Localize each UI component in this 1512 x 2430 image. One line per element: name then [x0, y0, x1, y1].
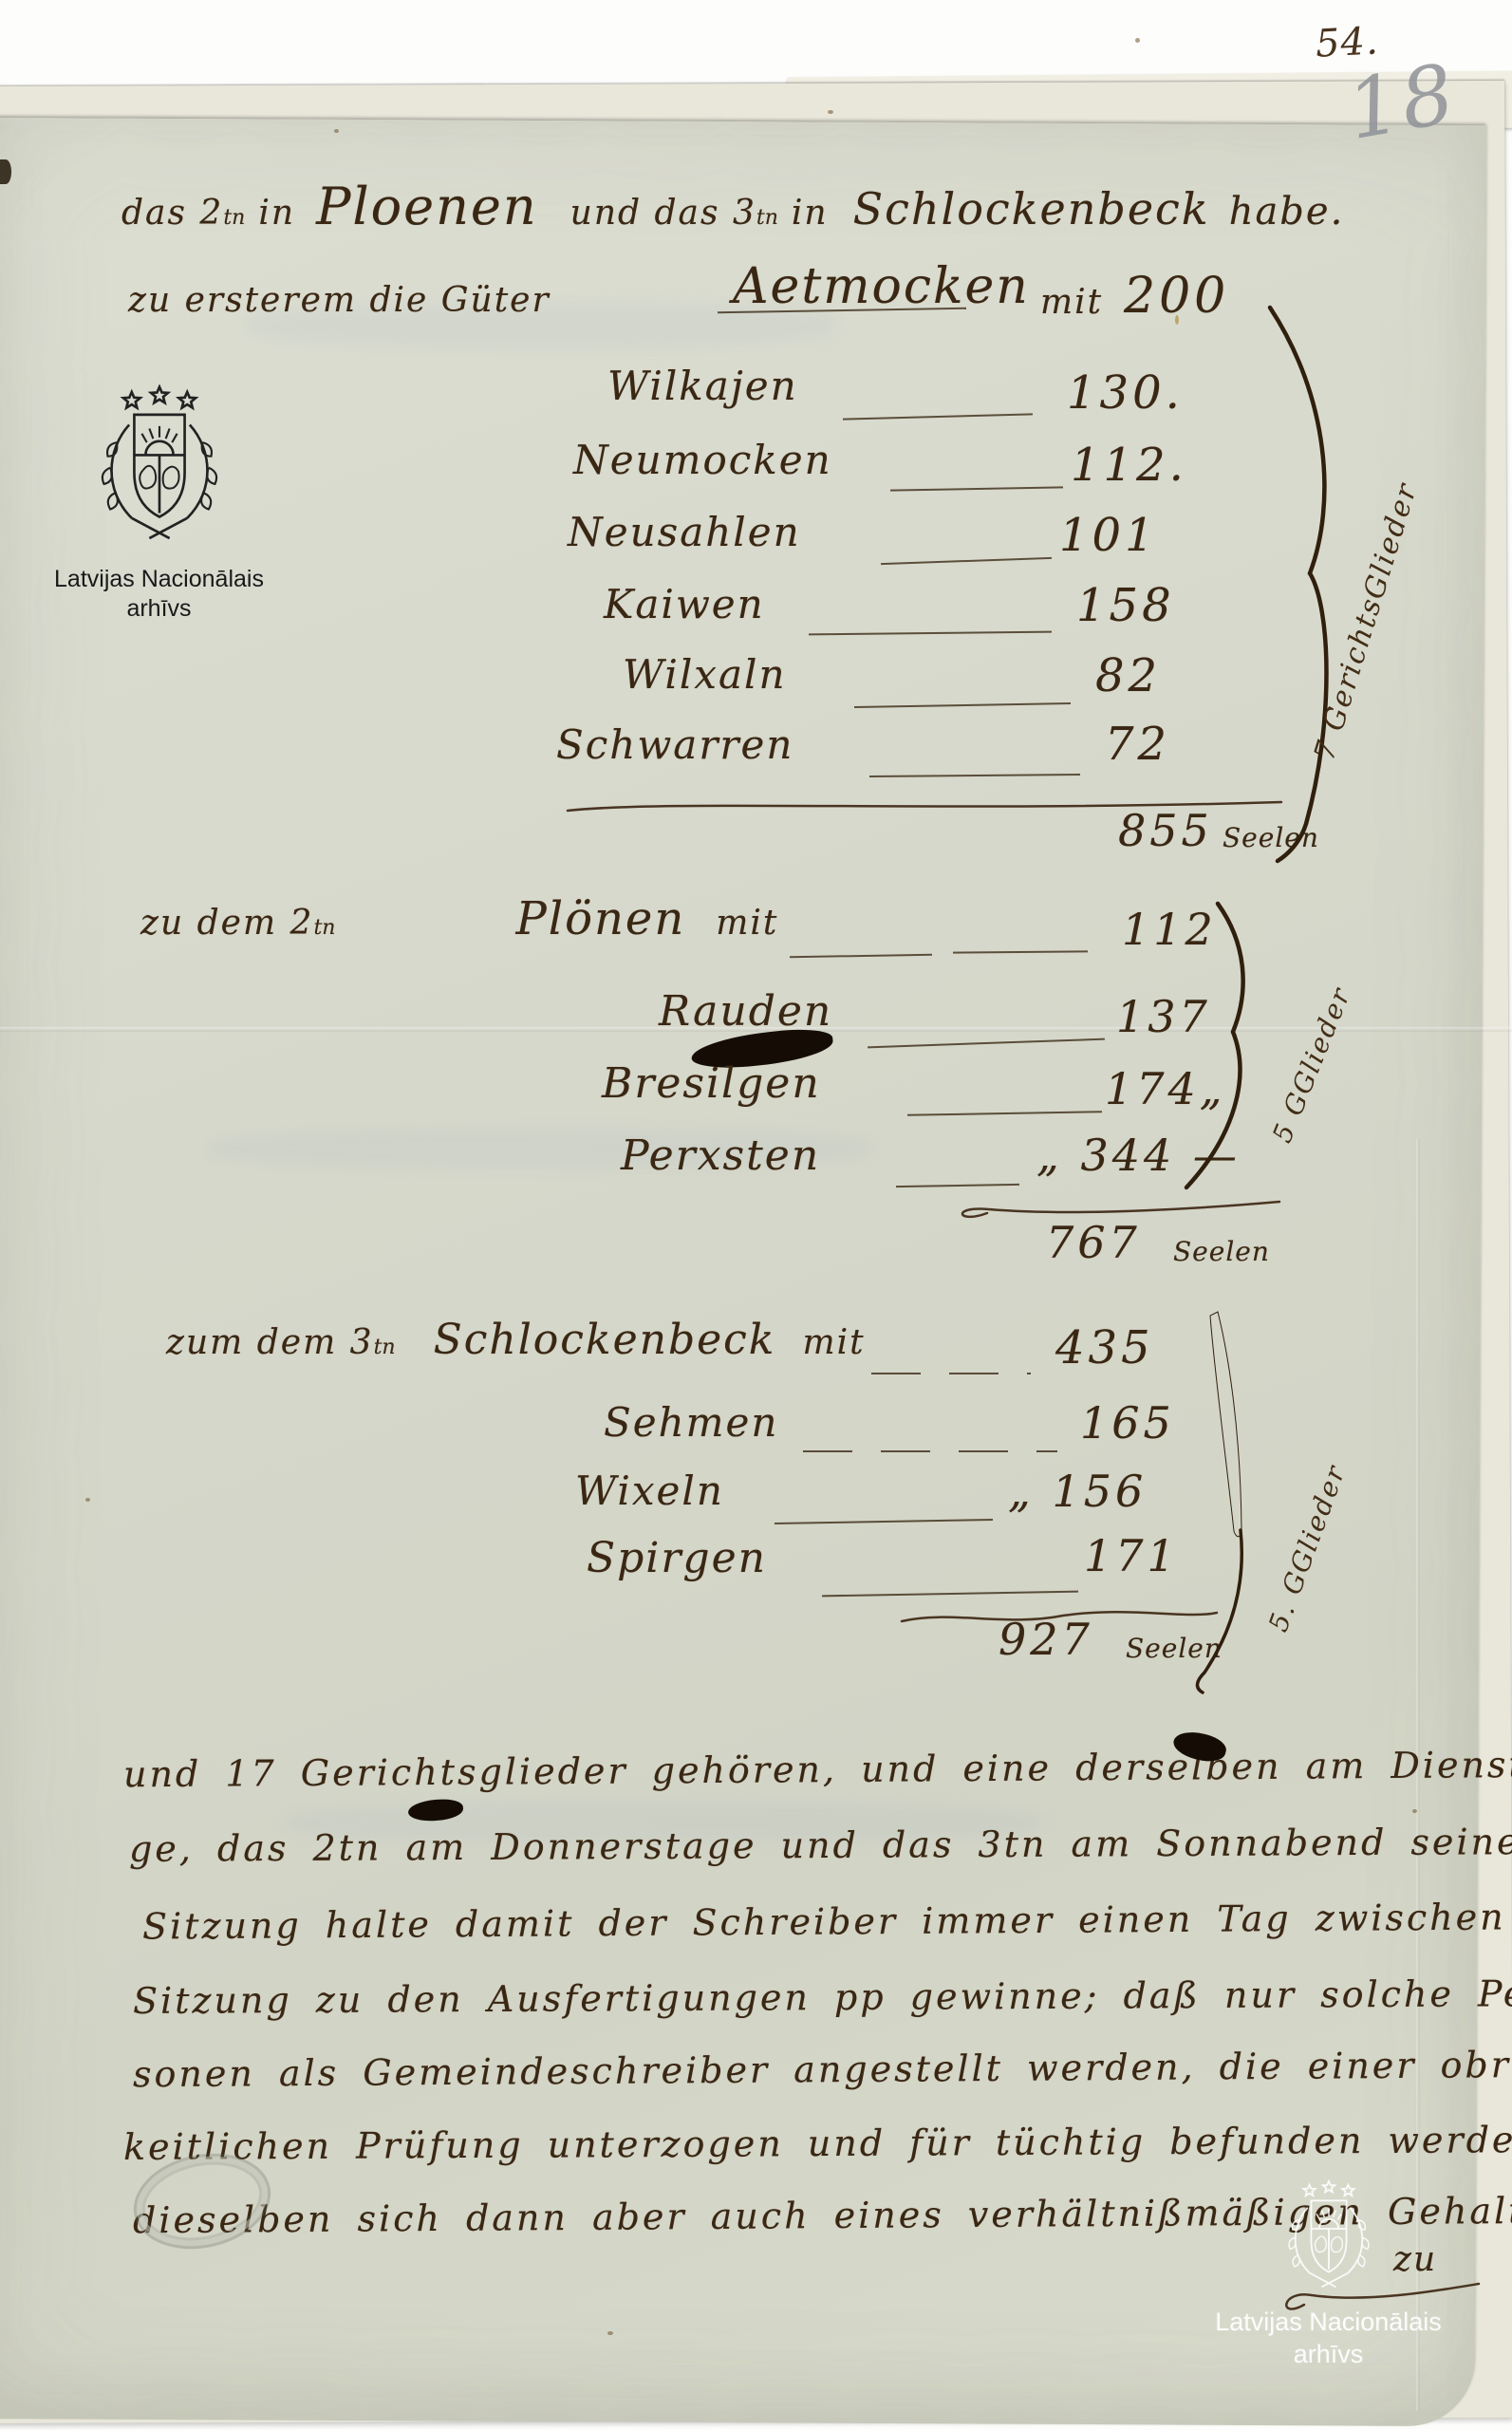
estate-name: Wilxaln: [623, 651, 787, 698]
soul-count: 435: [1055, 1321, 1154, 1374]
heading-mid-sup: tn: [756, 206, 778, 230]
archive-watermark-bottom: Latvijas Nacionālais arhīvs: [1207, 2179, 1449, 2371]
estate-name: Schwarren: [556, 721, 793, 768]
total-unit: Seelen: [1173, 1236, 1270, 1267]
estate-name: Spirgen: [587, 1534, 767, 1582]
total-souls: 927: [999, 1614, 1093, 1665]
paragraph-line: Sitzung zu den Ausfertigungen pp gewinne…: [133, 1972, 1512, 2022]
estate-name: Wixeln: [575, 1467, 724, 1514]
estate-name: Kaiwen: [604, 581, 765, 627]
estate-name: Plönen: [515, 892, 685, 945]
list3-header: zum dem 3tn Schlockenbeck mit: [166, 1316, 866, 1364]
soul-count: 130.: [1067, 366, 1184, 420]
estate-name: Neusahlen: [568, 509, 801, 555]
heading-pre2: in: [258, 194, 295, 233]
soul-count: 72: [1105, 718, 1170, 771]
list3-intro-sup: tn: [374, 1336, 396, 1359]
list2-mit: mit: [716, 904, 778, 943]
heading-post: habe.: [1229, 190, 1345, 234]
paper-speck: [1412, 1809, 1417, 1813]
scanned-document-page: 54. 18 Latvijas Nacionālais arhīvs das 2…: [0, 0, 1512, 2430]
heading-line: das 2tn in Ploenen und das 3tn in Schloc…: [121, 177, 1344, 236]
archive-watermark-line2: arhīvs: [38, 594, 280, 624]
soul-count: 158: [1076, 579, 1175, 632]
pencil-folio-number: 18: [1340, 47, 1463, 159]
estate-name: Wilkajen: [607, 363, 798, 409]
estate-name: Perxsten: [621, 1131, 820, 1180]
heading-pre: das 2: [121, 194, 223, 233]
estate-name: Rauden: [659, 987, 832, 1036]
paper-speck: [85, 1498, 90, 1502]
archive-watermark-line1: Latvijas Nacionālais: [38, 565, 280, 594]
paper-speck: [828, 110, 833, 114]
archive-watermark-line2: arhīvs: [1207, 2339, 1449, 2371]
soul-count: 200: [1124, 268, 1229, 325]
paragraph-line: keitlichen Prüfung unterzogen und für tü…: [123, 2119, 1512, 2168]
list1-mit: mit: [1040, 283, 1103, 322]
list2-intro-sup: tn: [313, 916, 335, 940]
estate-name: Bresilgen: [602, 1059, 821, 1108]
soul-count: 165: [1080, 1397, 1175, 1449]
row-dash-line: [803, 1450, 1057, 1452]
list3-intro: zum dem 3: [166, 1323, 374, 1362]
district-name-schlockenbeck: Schlockenbeck: [853, 183, 1210, 234]
soul-count: „ 156: [1008, 1466, 1147, 1517]
binding-hole: [0, 159, 11, 184]
estate-name: Aetmocken: [733, 258, 1030, 315]
grouping-brace-icon: [1191, 1300, 1296, 1704]
estate-name: Sehmen: [604, 1399, 778, 1446]
paragraph-line: ge, das 2tn am Donnerstage und das 3tn a…: [129, 1821, 1512, 1870]
grouping-brace-icon: [1167, 888, 1281, 1210]
soul-count: 112.: [1071, 439, 1187, 492]
archive-logo-white-icon: [1283, 2179, 1374, 2303]
district-name-ploenen: Ploenen: [316, 177, 538, 236]
list1-intro: zu ersterem die Güter: [128, 281, 551, 320]
paper-speck: [1135, 38, 1140, 43]
estate-name: Schlockenbeck: [434, 1316, 776, 1364]
soul-count: 171: [1084, 1530, 1179, 1581]
heading-mid2: in: [792, 194, 829, 233]
heading-mid: und das 3: [570, 194, 756, 233]
paper-speck: [334, 129, 339, 133]
list2-header: zu dem 2tn Plönen mit: [140, 892, 778, 945]
archive-logo-icon: [95, 384, 224, 561]
total-souls: 767: [1046, 1217, 1141, 1268]
heading-pre-sup: tn: [223, 206, 245, 230]
total-souls: 855: [1118, 805, 1213, 856]
list2-intro: zu dem 2: [140, 904, 313, 943]
estate-name: Neumocken: [573, 437, 832, 483]
list3-mit: mit: [802, 1323, 865, 1362]
archive-watermark-top: Latvijas Nacionālais arhīvs: [38, 384, 280, 625]
paper-speck: [607, 2331, 613, 2335]
soul-count: 101: [1059, 509, 1158, 562]
grouping-brace-icon: [1215, 294, 1376, 883]
soul-count: 82: [1095, 649, 1161, 702]
row-dash-line: [871, 1373, 1031, 1374]
archive-watermark-line1: Latvijas Nacionālais: [1207, 2307, 1449, 2339]
